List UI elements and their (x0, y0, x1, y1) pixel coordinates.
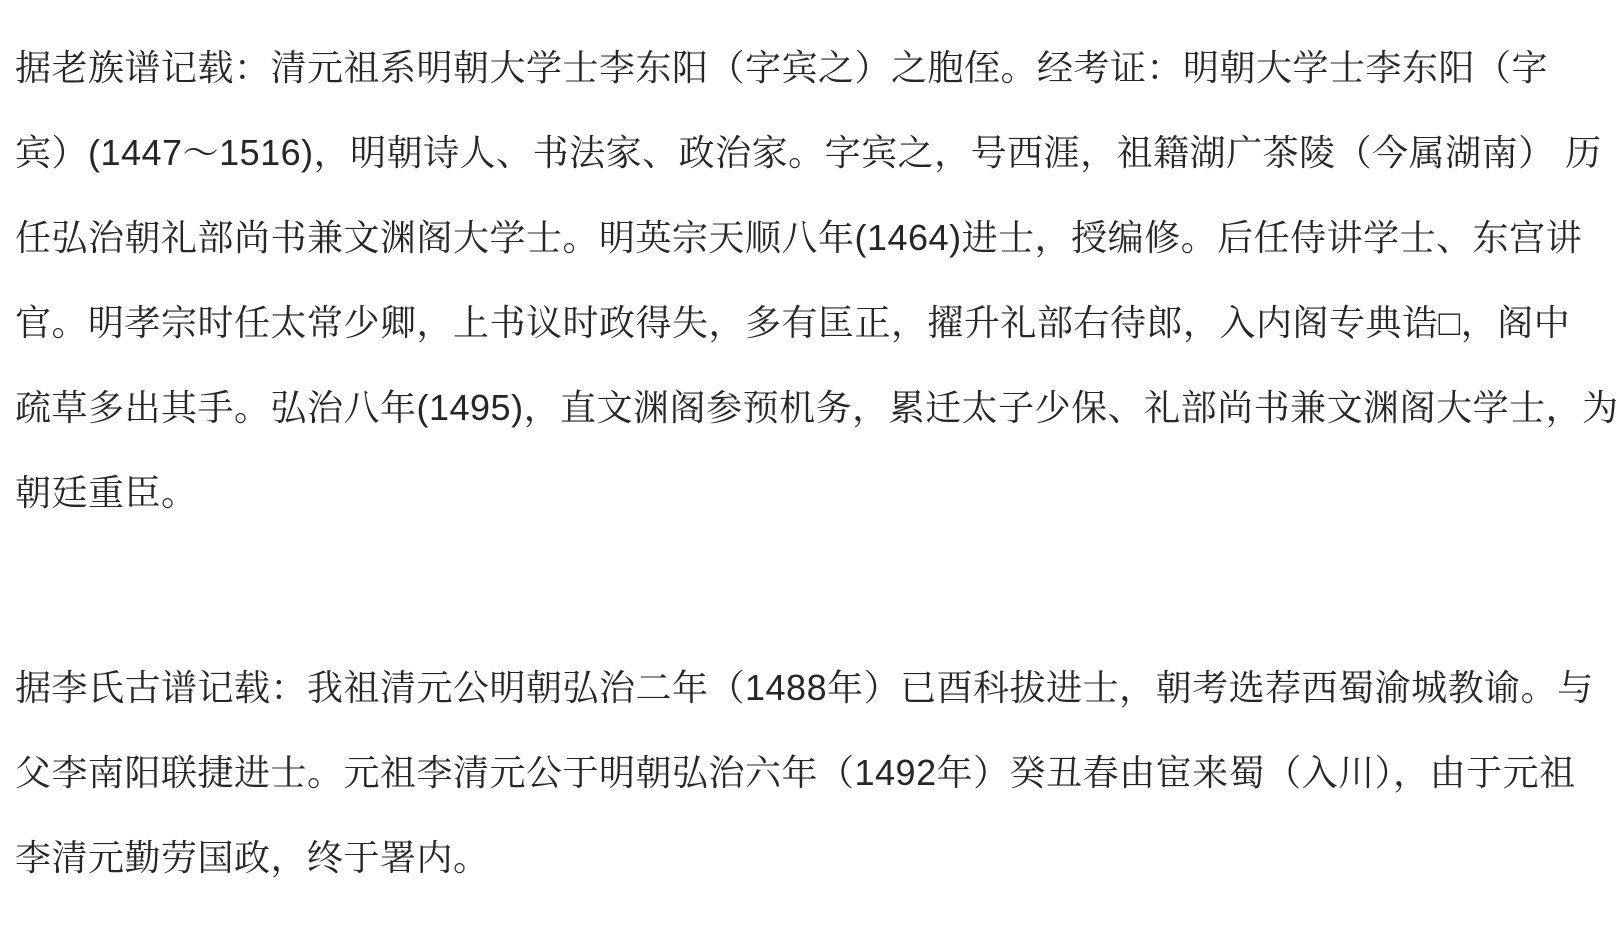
text-line: 父李南阳联捷进士。元祖李清元公于明朝弘治六年（1492年）癸丑春由宦来蜀（入川）… (15, 730, 1620, 815)
paragraph-genealogy-old: 据老族谱记载：清元祖系明朝大学士李东阳（字宾之）之胞侄。经考证：明朝大学士李东阳… (15, 25, 1620, 535)
text-line: 任弘治朝礼部尚书兼文渊阁大学士。明英宗天顺八年(1464)进士，授编修。后任侍讲… (15, 195, 1620, 280)
paragraph-genealogy-li: 据李氏古谱记载：我祖清元公明朝弘治二年（1488年）已酉科拔进士，朝考选荐西蜀渝… (15, 645, 1620, 900)
text-line: 朝廷重臣。 (15, 450, 1620, 535)
text-line: 据老族谱记载：清元祖系明朝大学士李东阳（字宾之）之胞侄。经考证：明朝大学士李东阳… (15, 25, 1620, 110)
text-line: 官。明孝宗时任太常少卿，上书议时政得失，多有匡正，擢升礼部右待郎，入内阁专典诰□… (15, 280, 1620, 365)
text-line: 李清元勤劳国政，终于署内。 (15, 815, 1620, 900)
text-line: 据李氏古谱记载：我祖清元公明朝弘治二年（1488年）已酉科拔进士，朝考选荐西蜀渝… (15, 645, 1620, 730)
document-page: 据老族谱记载：清元祖系明朝大学士李东阳（字宾之）之胞侄。经考证：明朝大学士李东阳… (0, 0, 1620, 934)
text-line: 宾）(1447～1516)，明朝诗人、书法家、政治家。字宾之，号西涯，祖籍湖广茶… (15, 110, 1620, 195)
text-line: 疏草多出其手。弘治八年(1495)，直文渊阁参预机务，累迁太子少保、礼部尚书兼文… (15, 365, 1620, 450)
